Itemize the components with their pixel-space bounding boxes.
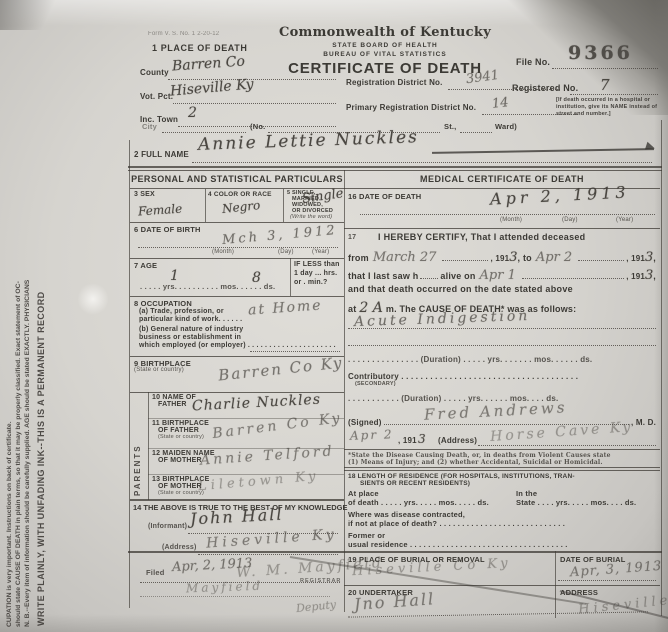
- county-label: County: [140, 68, 169, 77]
- signed-date-value: Apr 2: [350, 427, 394, 443]
- signed-year-prefix: , 191: [398, 436, 417, 445]
- cause-line-1: [348, 328, 656, 329]
- occupation-b-line1: (b) General nature of industry: [139, 326, 243, 333]
- date-of-death-label: 16 DATE OF DEATH: [348, 192, 421, 201]
- inc-town-value: 2: [188, 105, 197, 121]
- occupation-a-value: at Home: [248, 297, 324, 318]
- attended-to-year: 3: [645, 250, 653, 265]
- footnote-bottom-rule-2: [344, 470, 660, 471]
- mother-birthplace-label-2: OF MOTHER: [158, 483, 202, 490]
- file-no-value: 9366: [568, 42, 633, 64]
- year-prefix-1: , 191: [490, 254, 509, 263]
- leader-dots: [420, 266, 438, 279]
- dob-sub-day: (Day): [278, 249, 294, 255]
- certify-line-1: I HEREBY CERTIFY, That I attended deceas…: [378, 232, 585, 242]
- primary-district-line: [482, 114, 578, 115]
- city-label: City: [142, 122, 157, 131]
- registrar-label: REGISTRAR: [300, 578, 341, 584]
- certify-line-4: and that death occurred on the date stat…: [348, 284, 573, 294]
- place-of-death-label: 1 PLACE OF DEATH: [152, 43, 247, 53]
- signed-year-value: 3: [418, 432, 426, 446]
- registration-district-label: Registration District No.: [346, 78, 443, 87]
- date-of-death-line: [360, 214, 655, 215]
- dob-row-bottom: [130, 258, 344, 259]
- dob-label: 6 DATE OF BIRTH: [134, 225, 201, 234]
- occupation-b-line2: business or establishment in: [139, 334, 241, 341]
- form-left-border: [129, 140, 130, 608]
- county-value: Barren Co: [172, 53, 246, 74]
- registered-no-label: Registered No.: [512, 83, 578, 93]
- age-note-2: 1 day ... hrs.: [294, 270, 337, 277]
- last-saw-year: 3: [645, 268, 653, 283]
- lower-section-rule: [128, 551, 662, 553]
- dob-line: [138, 247, 338, 248]
- informant-address-value: Hiseville Ky: [206, 526, 339, 551]
- mother-maiden-label-2: OF MOTHER: [158, 457, 202, 464]
- md-suffix: , M. D.: [631, 418, 656, 427]
- attended-from-year: 3: [509, 250, 517, 265]
- footnote-bottom-rule-1: [344, 467, 660, 468]
- at-label: at: [348, 304, 356, 314]
- city-no-label: (No.: [250, 122, 265, 131]
- birthplace-sub: (State or country): [134, 367, 184, 373]
- informant-label: (Informant): [148, 523, 187, 530]
- certify-line-3: that I last saw h alive on Apr 1 , 191 3…: [348, 266, 656, 283]
- voting-precinct-label: Vot. Pct.: [140, 92, 173, 101]
- death-certificate-scan: WRITE PLAINLY, WITH UNFADING INK--THIS I…: [0, 0, 668, 632]
- age-label: 7 AGE: [134, 261, 157, 270]
- margin-warning-text: WRITE PLAINLY, WITH UNFADING INK--THIS I…: [36, 60, 46, 626]
- date-of-death-value: Apr 2, 1913: [490, 182, 630, 208]
- attended-from-value: March 27: [373, 250, 437, 265]
- age-note-1: IF LESS than: [294, 261, 340, 268]
- contracted-line-2: if not at place of death? . . . . . . . …: [348, 519, 565, 528]
- registration-district-line: [448, 89, 560, 90]
- from-label: from: [348, 253, 369, 263]
- board-subtitle: STATE BOARD OF HEALTH: [245, 42, 525, 49]
- alive-on-label: alive on: [440, 271, 475, 281]
- dob-sub-year: (Year): [312, 249, 329, 255]
- former-line-2: usual residence . . . . . . . . . . . . …: [348, 540, 568, 549]
- deputy-signature: Mayfield: [186, 579, 264, 596]
- margin-note-line1: N. B.--Every item of information should …: [24, 55, 31, 627]
- registered-no-line: [570, 94, 658, 95]
- full-name-line: [192, 162, 652, 163]
- pen-stroke-arrowhead: [645, 142, 656, 152]
- signed-address-line: [478, 445, 656, 446]
- top-left-smudge: [0, 0, 66, 30]
- at-place-units: of death . . . . . yrs. . . . . mos. . .…: [348, 498, 489, 507]
- sex-label: 3 SEX: [134, 191, 155, 198]
- race-label: 4 COLOR OR RACE: [208, 191, 272, 198]
- occupation-a-line2: particular kind of work. . . . . .: [139, 316, 242, 323]
- parents-section-bottom: [130, 499, 344, 501]
- commonwealth-title: Commonwealth of Kentucky: [245, 25, 525, 40]
- occupation-a-line1: (a) Trade, profession, or: [139, 308, 224, 315]
- sex-row-bottom: [130, 222, 344, 223]
- file-no-line: [552, 68, 658, 69]
- column-divider: [344, 170, 345, 612]
- city-line-3: [460, 132, 492, 133]
- father-name-label-2: FATHER: [158, 401, 187, 408]
- former-line-1: Former or: [348, 531, 385, 540]
- last-saw-label: that I last saw h: [348, 271, 418, 281]
- contracted-line-1: Where was disease contracted,: [348, 510, 465, 519]
- mother-birthplace-value: Liletown Ky: [198, 469, 320, 495]
- informant-value: John Hall: [190, 505, 284, 529]
- age-note-3: or . min.?: [294, 279, 328, 286]
- margin-note-line2: should state CAUSE OF DEATH in plain ter…: [15, 55, 22, 627]
- parents-label: PARENTS: [133, 400, 142, 496]
- informant-address-line: [198, 554, 338, 555]
- last-saw-value: Apr 1: [480, 268, 516, 283]
- dob-value: Mch 3, 1912: [222, 223, 339, 248]
- primary-district-value: 14: [491, 95, 509, 112]
- dod-sub-month: (Month): [500, 217, 522, 223]
- leader-dots: [578, 248, 624, 261]
- age-note-divider: [290, 258, 291, 296]
- secondary-label: (SECONDARY): [355, 381, 396, 387]
- mother-birthplace-sub: (State or country): [158, 490, 204, 496]
- comma: ,: [653, 253, 656, 263]
- leader-dots: [442, 248, 488, 261]
- deputy-note: Deputy: [295, 598, 336, 615]
- top-edge-light: [0, 0, 668, 26]
- personal-section-header: PERSONAL AND STATISTICAL PARTICULARS: [130, 174, 344, 184]
- father-birthplace-label-2: OF FATHER: [158, 427, 199, 434]
- margin-note-line3: CUPATION is very important. Instructions…: [6, 55, 13, 627]
- burial-date-line: [558, 580, 656, 581]
- file-no-label: File No.: [516, 57, 550, 67]
- birthplace-value: Barren Co Ky: [217, 353, 344, 384]
- year-prefix-3: , 191: [626, 272, 645, 281]
- signed-label: (Signed): [348, 418, 382, 427]
- attended-to-value: Apr 2: [536, 250, 572, 265]
- race-value: Negro: [221, 198, 261, 216]
- certify-line-2: from March 27 , 191 3 , to Apr 2 , 191 3…: [348, 248, 656, 265]
- personal-header-underline: [130, 188, 344, 189]
- certify-item-number: 17: [348, 234, 356, 241]
- cause-footnote-1: *State the Disease Causing Death, or, in…: [348, 452, 611, 459]
- father-name-label-1: 10 NAME OF: [152, 394, 196, 401]
- voting-precinct-line: [173, 103, 336, 104]
- father-birthplace-sub: (State or country): [158, 434, 204, 440]
- at-place-label: At place: [348, 489, 379, 498]
- in-the-label: In the: [516, 489, 537, 498]
- age-years-value: 1: [170, 268, 179, 284]
- residence-label-1: 18 LENGTH OF RESIDENCE (FOR HOSPITALS, I…: [348, 473, 575, 480]
- leader-dots: [522, 266, 624, 279]
- undertaker-address-label: ADDRESS: [560, 588, 598, 597]
- bottom-edge-shade: [0, 614, 668, 632]
- residence-label-2: SIENTS OR RECENT RESIDENTS): [360, 480, 470, 487]
- sex-value: Female: [138, 201, 183, 218]
- dod-sub-year: (Year): [616, 217, 633, 223]
- sex-race-divider: [205, 189, 206, 222]
- signed-address-label: (Address): [438, 436, 477, 445]
- cause-footnote-2: (1) Means of Injury; and (2) whether Acc…: [348, 459, 603, 466]
- dod-sub-day: (Day): [562, 217, 578, 223]
- to-label: , to: [518, 253, 532, 263]
- white-blotch: [78, 282, 108, 316]
- filed-label: Filed: [146, 568, 165, 577]
- pen-stroke-arrow: [432, 148, 654, 154]
- contributory-line: Contributory . . . . . . . . . . . . . .…: [348, 372, 578, 381]
- full-name-label: 2 FULL NAME: [134, 150, 189, 159]
- registered-no-value: 7: [600, 76, 610, 94]
- header-rule-2: [128, 170, 662, 171]
- occupation-b-line: [250, 351, 340, 352]
- age-days-value: 8: [252, 270, 261, 286]
- cause-line-2: [348, 345, 656, 346]
- header-rule-1: [128, 166, 662, 168]
- comma: ,: [653, 271, 656, 281]
- occupation-label: 8 OCCUPATION: [134, 299, 192, 308]
- occupation-b-line3: which employed (or employer) . . . . . .…: [139, 342, 336, 349]
- father-birthplace-value: Barren Co Ky: [212, 410, 344, 442]
- year-prefix-2: , 191: [626, 254, 645, 263]
- city-ward-label: Ward): [495, 122, 517, 131]
- form-right-border: [661, 120, 662, 616]
- in-state-units: State . . . . yrs. . . . . mos. . . . ds…: [516, 498, 636, 507]
- footnote-top-rule: [344, 449, 660, 450]
- city-st-label: St.,: [444, 122, 456, 131]
- father-birthplace-label-1: 11 BIRTHPLACE: [152, 420, 209, 427]
- form-number-note: Form V. S. No. 1 2-20-12: [148, 31, 219, 37]
- registration-district-value: 3941: [465, 68, 500, 87]
- race-marital-divider: [283, 189, 284, 222]
- parents-cell-divider: [148, 392, 149, 500]
- father-name-value: Charlie Nuckles: [192, 392, 322, 415]
- dob-sub-month: (Month): [212, 249, 234, 255]
- duration-line-1: . . . . . . . . . . . . . . . (Duration)…: [348, 355, 592, 364]
- bureau-subtitle: BUREAU OF VITAL STATISTICS: [245, 51, 525, 58]
- burial-row-bottom: [344, 585, 660, 586]
- age-row-bottom: [130, 296, 344, 297]
- primary-district-label: Primary Registration District No.: [346, 103, 476, 112]
- filed-line-2: [140, 596, 330, 597]
- informant-address-label: (Address): [162, 544, 196, 551]
- dod-row-bottom: [344, 228, 660, 229]
- marital-label-5: (Write the word): [290, 214, 332, 220]
